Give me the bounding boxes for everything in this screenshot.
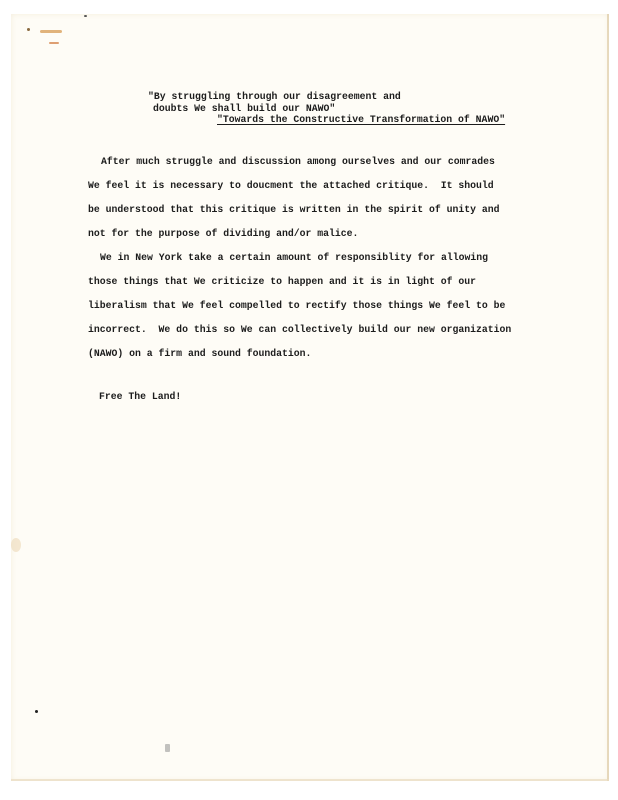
paragraph-line: be understood that this critique is writ… (88, 204, 500, 216)
closing-line: Free The Land! (99, 391, 181, 403)
paragraph-line: After much struggle and discussion among… (101, 156, 495, 168)
document-title: "Towards the Constructive Transformation… (217, 114, 505, 126)
rust-stain-mark (49, 42, 59, 44)
stain (11, 538, 21, 552)
document-page: "By struggling through our disagreement … (11, 14, 609, 781)
page-edge (607, 14, 609, 781)
rust-stain-mark (40, 30, 62, 33)
speck (165, 744, 170, 752)
page-edge (11, 779, 609, 781)
paragraph-line: those things that We criticize to happen… (88, 276, 476, 288)
paragraph-line: We feel it is necessary to doucment the … (88, 180, 494, 192)
paragraph-line: (NAWO) on a firm and sound foundation. (88, 348, 311, 360)
epigraph-line: "By struggling through our disagreement … (148, 91, 401, 103)
speck (84, 15, 87, 17)
speck (35, 710, 38, 713)
paragraph-line: We in New York take a certain amount of … (100, 252, 488, 264)
paragraph-line: incorrect. We do this so We can collecti… (88, 324, 511, 336)
paragraph-line: not for the purpose of dividing and/or m… (88, 228, 358, 240)
rust-stain-mark (27, 28, 30, 31)
paragraph-line: liberalism that We feel compelled to rec… (88, 300, 505, 312)
